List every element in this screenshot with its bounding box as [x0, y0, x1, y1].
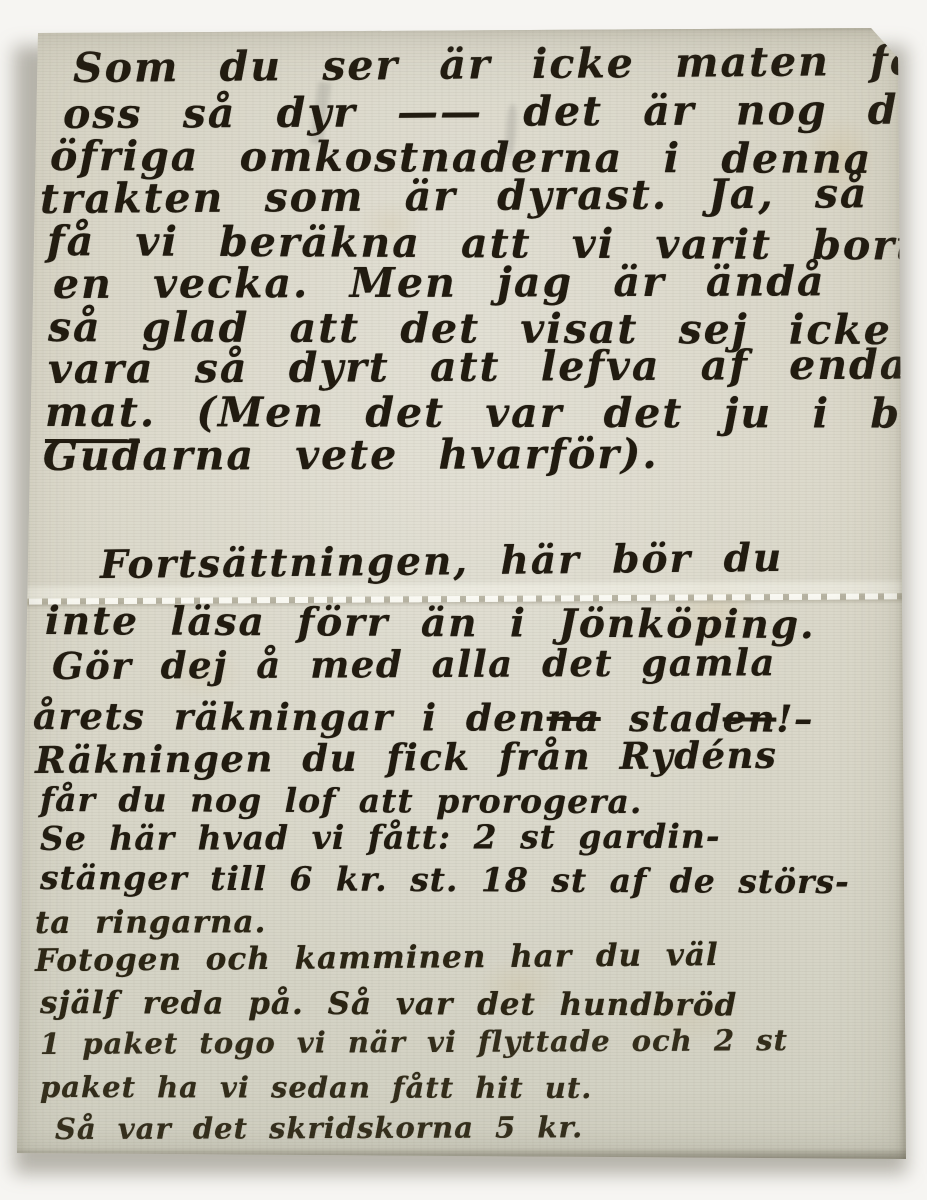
letter-line-text: så glad att det visat sej icke: [48, 303, 892, 354]
letter-line: så glad att det visat sej icke: [48, 307, 892, 351]
fold-crease: [10, 593, 911, 605]
letter-line-text: stänger till 6 kr. st. 18 st af de störs…: [40, 858, 850, 901]
struck-text: na: [547, 696, 601, 740]
letter-line: 1 paket togo vi när vi flyttade och 2 st: [40, 1026, 788, 1059]
struck-text: en: [723, 696, 777, 740]
stain-spot: [164, 646, 244, 700]
letter-line-text: få vi beräkna att vi varit borta: [47, 217, 927, 270]
letter-line: en vecka. Men jag är ändå: [53, 261, 826, 305]
letter-line-text: Så var det skridskorna 5 kr.: [55, 1110, 583, 1146]
ink-smudge: [310, 81, 332, 144]
letter-line: Så var det skridskorna 5 kr.: [55, 1113, 583, 1144]
ink-smudge: [504, 104, 518, 157]
stain-spot: [666, 578, 762, 648]
letter-line-text: Gör dej å med alla det gamla: [52, 640, 776, 688]
letter-line: Fotogen och kamminen har du väl: [35, 940, 719, 977]
letter-line-text: får du nog lof att prorogera.: [40, 780, 642, 821]
letter-line: mat. (Men det var det ju i början: [45, 392, 927, 435]
letter-line-text: inte läsa förr än i Jönköping.: [45, 598, 816, 648]
paper-vignette: [14, 26, 907, 1164]
letter-line-text: Se här hvad vi fått: 2 st gardin-: [40, 817, 721, 858]
letter-line-text: Som du ser är icke maten för: [73, 36, 927, 92]
stain-spot: [358, 198, 422, 250]
letter-line-text: Fortsättningen, här bör du: [100, 535, 784, 588]
letter-line-text: stad: [601, 696, 723, 740]
letter-line: ta ringarna.: [35, 907, 266, 939]
letter-line-text: !–: [776, 697, 814, 741]
letter-line: paket ha vi sedan fått hit ut.: [40, 1073, 592, 1103]
stain-spot: [624, 984, 748, 1046]
letter-line: oss så dyr —— det är nog de: [63, 89, 927, 135]
letter-paper: Som du ser är icke maten för oss så dyr …: [14, 26, 907, 1164]
letter-line: Som du ser är icke maten för: [73, 40, 927, 89]
letter-line-text: Räkningen du fick från Rydéns: [35, 733, 778, 782]
letter-line: vara så dyrt att lefva af endast: [48, 344, 927, 390]
photo-backdrop: Som du ser är icke maten för oss så dyr …: [0, 0, 927, 1200]
letter-line-text: vara så dyrt att lefva af endast: [48, 340, 927, 393]
letter-line: öfriga omkostnaderna i denna: [50, 136, 872, 180]
letter-line-text: ta ringarna.: [35, 904, 266, 941]
stain-spot: [476, 956, 562, 1018]
letter-line: stänger till 6 kr. st. 18 st af de störs…: [40, 861, 850, 898]
letter-line: får du nog lof att prorogera.: [40, 783, 642, 818]
letter-line-text: Gudarna vete hvarför).: [43, 430, 659, 480]
underlined-word: mat: [45, 388, 140, 443]
letter-line-text: själf reda på. Så var det hundbröd: [40, 985, 737, 1023]
letter-line-text: paket ha vi sedan fått hit ut.: [40, 1070, 592, 1105]
letter-line-text: årets räkningar i den: [33, 694, 547, 740]
stain-spot: [802, 114, 876, 206]
letter-line: Se här hvad vi fått: 2 st gardin-: [40, 820, 721, 855]
paper-edge-top: [14, 26, 907, 32]
letter-line-text: Fotogen och kamminen har du väl: [35, 937, 719, 979]
letter-line-text: en vecka. Men jag är ändå: [53, 257, 826, 308]
letter-line: Räkningen du fick från Rydéns: [35, 737, 778, 779]
letter-line: Gör dej å med alla det gamla: [52, 644, 776, 685]
letter-line-text: oss så dyr —— det är nog de: [63, 85, 927, 138]
paper-texture: [14, 26, 907, 1164]
letter-line-text: . (Men det var det ju i början: [140, 388, 927, 438]
letter-line: årets räkningar i denna staden!–: [33, 698, 814, 738]
letter-line: trakten som är dyrast. Ja, så: [40, 173, 869, 220]
letter-line-text: öfriga omkostnaderna i denna: [50, 132, 873, 183]
letter-line: få vi beräkna att vi varit borta: [47, 221, 927, 267]
letter-line: Fortsättningen, här bör du: [100, 539, 784, 585]
letter-line: Gudarna vete hvarför).: [43, 434, 659, 477]
letter-line: inte läsa förr än i Jönköping.: [45, 602, 816, 645]
letter-line-text: 1 paket togo vi när vi flyttade och 2 st: [40, 1023, 788, 1061]
letter-line: själf reda på. Så var det hundbröd: [40, 988, 737, 1021]
letter-line-text: trakten som är dyrast. Ja, så: [40, 169, 869, 223]
fold-crease-highlight: [14, 581, 907, 600]
